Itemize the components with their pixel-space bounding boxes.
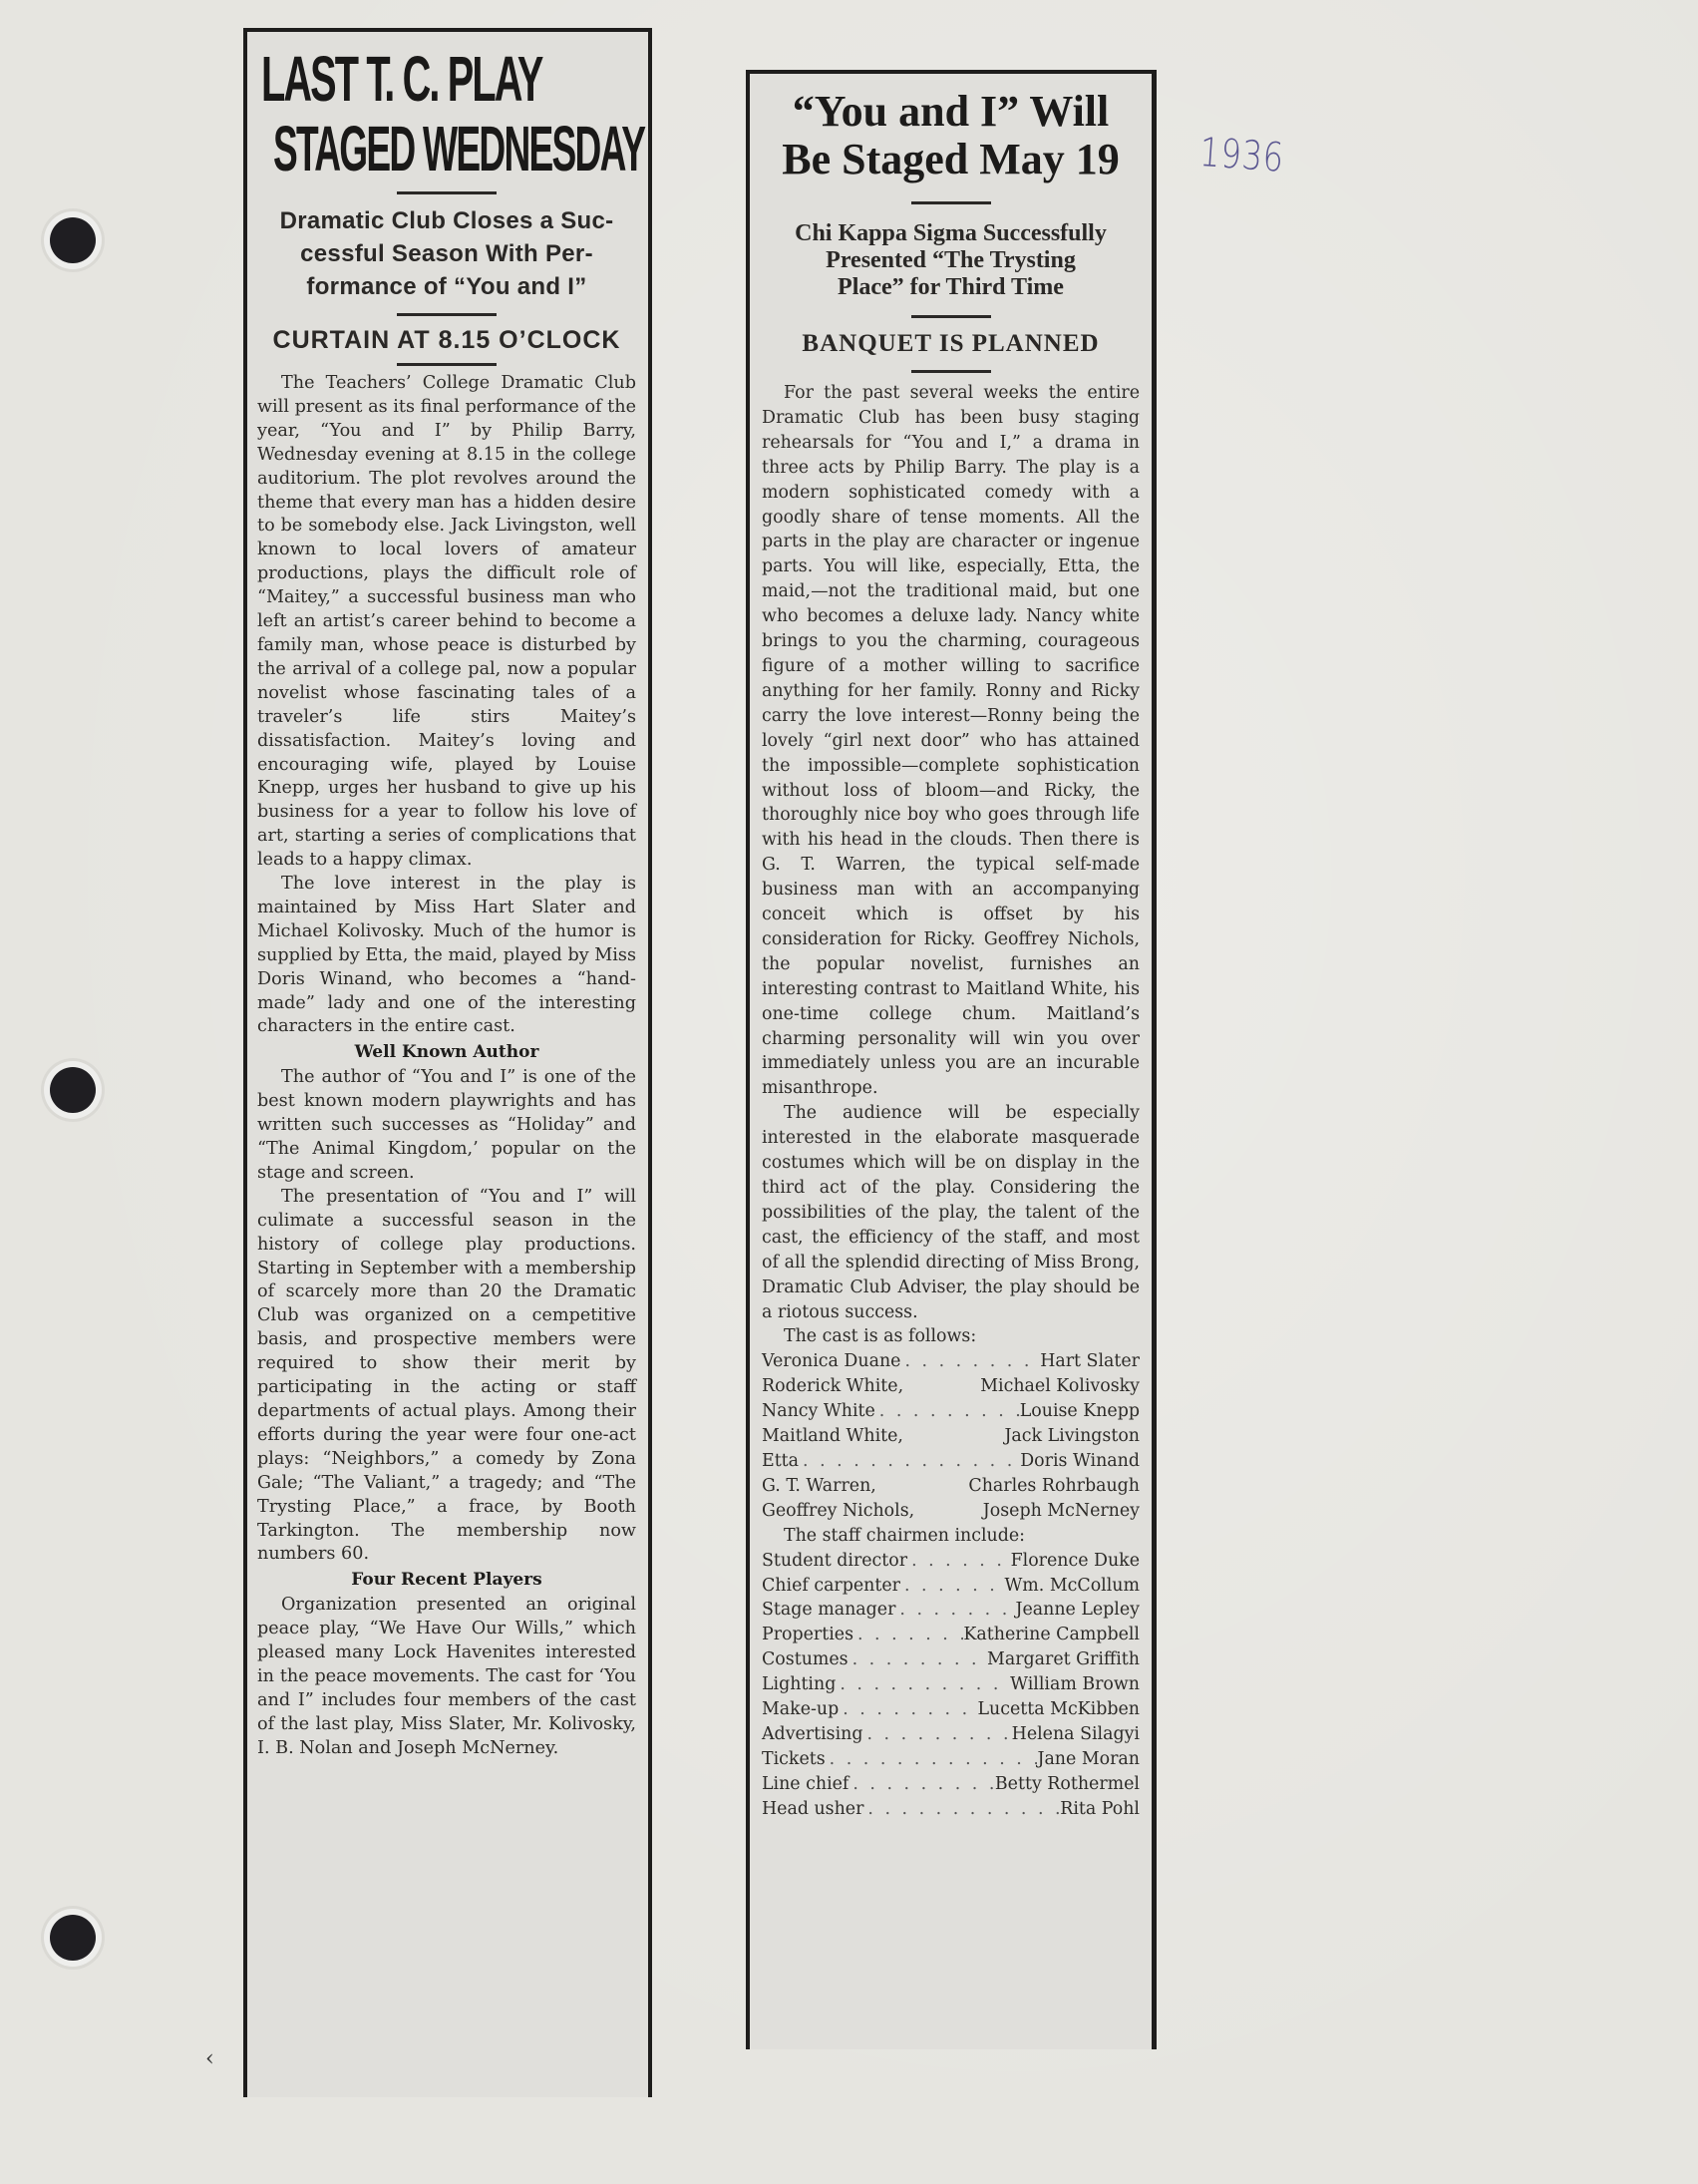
deck-line: Dramatic Club Closes a Suc-	[257, 204, 636, 237]
binder-hole-top	[50, 217, 96, 263]
leader-dots: . . . . . . . . . . . . . . . . . . . . …	[849, 1772, 995, 1797]
headline-line-1: LAST T. C. PLAY	[261, 46, 494, 112]
paragraph: For the past several weeks the entire Dr…	[762, 381, 1140, 1101]
cast-row: Nancy White. . . . . . . . . . . . . . .…	[762, 1399, 1140, 1424]
role-label: Stage manager	[762, 1598, 895, 1623]
leader-dots	[876, 1474, 969, 1499]
leader-dots: . . . . . . . . . . . . . . . . . . . . …	[853, 1623, 963, 1647]
paragraph: Organization presented an original peace…	[257, 1594, 636, 1760]
staff-row: Tickets. . . . . . . . . . . . . . . . .…	[762, 1747, 1140, 1772]
person-name: Louise Knepp	[1020, 1399, 1140, 1424]
role-label: Roderick White,	[762, 1374, 903, 1399]
leader-dots: . . . . . . . . . . . . . . . . . . . . …	[875, 1399, 1020, 1424]
cast-list: The cast is as follows: Veronica Duane. …	[762, 1324, 1140, 1821]
staff-row: Head usher. . . . . . . . . . . . . . . …	[762, 1797, 1140, 1822]
person-name: Michael Kolivosky	[980, 1374, 1140, 1399]
person-name: Hart Slater	[1040, 1349, 1140, 1374]
clipping-you-and-i: “You and I” Will Be Staged May 19 Chi Ka…	[746, 70, 1157, 2049]
role-label: Veronica Duane	[762, 1349, 900, 1374]
staff-row: Advertising. . . . . . . . . . . . . . .…	[762, 1722, 1140, 1747]
leader-dots: . . . . . . . . . . . . . . . . . . . . …	[863, 1722, 1012, 1747]
divider-rule	[397, 191, 497, 194]
role-label: Properties	[762, 1623, 853, 1647]
role-label: Lighting	[762, 1672, 836, 1697]
article-body: The Teachers’ College Dramatic Club will…	[257, 372, 636, 1761]
paragraph: The love interest in the play is maintai…	[257, 873, 636, 1039]
leader-dots: . . . . . . . . . . . . . . . . . . . . …	[836, 1672, 1010, 1697]
person-name: Doris Winand	[1020, 1449, 1140, 1474]
staff-row: Chief carpenter. . . . . . . . . . . . .…	[762, 1574, 1140, 1599]
leader-dots: . . . . . . . . . . . . . . . . . . . . …	[895, 1598, 1015, 1623]
binder-hole-middle	[50, 1067, 96, 1113]
person-name: Jeanne Lepley	[1015, 1598, 1140, 1623]
person-name: Wm. McCollum	[1004, 1574, 1140, 1599]
person-name: Katherine Campbell	[963, 1623, 1140, 1647]
subheadline: BANQUET IS PLANNED	[762, 330, 1140, 358]
leader-dots: . . . . . . . . . . . . . . . . . . . . …	[799, 1449, 1020, 1474]
staff-row: Line chief. . . . . . . . . . . . . . . …	[762, 1772, 1140, 1797]
margin-mark: ‹	[205, 2046, 214, 2071]
role-label: Line chief	[762, 1772, 849, 1797]
deck: Chi Kappa Sigma Successfully Presented “…	[762, 220, 1140, 301]
staff-row: Make-up. . . . . . . . . . . . . . . . .…	[762, 1697, 1140, 1722]
leader-dots: . . . . . . . . . . . . . . . . . . . . …	[839, 1697, 977, 1722]
clipping-last-tc-play: LAST T. C. PLAY STAGED WEDNESDAY Dramati…	[243, 28, 652, 2097]
divider-rule	[911, 370, 991, 373]
staff-row: Properties. . . . . . . . . . . . . . . …	[762, 1623, 1140, 1647]
cast-row: Etta. . . . . . . . . . . . . . . . . . …	[762, 1449, 1140, 1474]
headline-line-1: “You and I” Will	[762, 88, 1140, 136]
article-body: For the past several weeks the entire Dr…	[762, 381, 1140, 1324]
cast-row: Veronica Duane. . . . . . . . . . . . . …	[762, 1349, 1140, 1374]
headline-line-2: STAGED WEDNESDAY	[273, 116, 484, 182]
paragraph: The author of “You and I” is one of the …	[257, 1066, 636, 1186]
cast-row: Roderick White,Michael Kolivosky	[762, 1374, 1140, 1399]
leader-dots	[903, 1424, 1004, 1449]
person-name: William Brown	[1010, 1672, 1140, 1697]
deck-line: Chi Kappa Sigma Successfully	[762, 220, 1140, 247]
leader-dots: . . . . . . . . . . . . . . . . . . . . …	[900, 1349, 1040, 1374]
leader-dots	[914, 1499, 983, 1524]
person-name: Joseph McNerney	[983, 1499, 1140, 1524]
handwritten-year-note: 1936	[1198, 130, 1286, 182]
role-label: Chief carpenter	[762, 1574, 900, 1599]
staff-row: Lighting. . . . . . . . . . . . . . . . …	[762, 1672, 1140, 1697]
role-label: Costumes	[762, 1647, 849, 1672]
role-label: Tickets	[762, 1747, 826, 1772]
person-name: Margaret Griffith	[987, 1647, 1140, 1672]
role-label: G. T. Warren,	[762, 1474, 876, 1499]
paragraph: The presentation of “You and I” will cul…	[257, 1186, 636, 1568]
leader-dots: . . . . . . . . . . . . . . . . . . . . …	[907, 1549, 1011, 1574]
staff-row: Stage manager. . . . . . . . . . . . . .…	[762, 1598, 1140, 1623]
deck: Dramatic Club Closes a Suc- cessful Seas…	[257, 204, 636, 303]
staff-intro: The staff chairmen include:	[762, 1524, 1140, 1549]
headline-line-2: Be Staged May 19	[762, 136, 1140, 183]
section-heading: Well Known Author	[257, 1041, 636, 1065]
cast-intro: The cast is as follows:	[762, 1324, 1140, 1349]
divider-rule	[911, 315, 991, 318]
binder-hole-bottom	[50, 1915, 96, 1961]
person-name: Florence Duke	[1011, 1549, 1140, 1574]
role-label: Head usher	[762, 1797, 863, 1822]
leader-dots: . . . . . . . . . . . . . . . . . . . . …	[849, 1647, 987, 1672]
leader-dots: . . . . . . . . . . . . . . . . . . . . …	[863, 1797, 1060, 1822]
cast-rows: Veronica Duane. . . . . . . . . . . . . …	[762, 1349, 1140, 1523]
person-name: Helena Silagyi	[1012, 1722, 1140, 1747]
subheadline: CURTAIN AT 8.15 O’CLOCK	[257, 326, 636, 355]
divider-rule	[911, 201, 991, 204]
cast-row: Geoffrey Nichols,Joseph McNerney	[762, 1499, 1140, 1524]
deck-line: Place” for Third Time	[762, 274, 1140, 301]
role-label: Student director	[762, 1549, 907, 1574]
staff-rows: Student director. . . . . . . . . . . . …	[762, 1549, 1140, 1822]
cast-row: G. T. Warren,Charles Rohrbaugh	[762, 1474, 1140, 1499]
deck-line: cessful Season With Per-	[257, 237, 636, 270]
paragraph: The audience will be especially interest…	[762, 1101, 1140, 1324]
person-name: Rita Pohl	[1060, 1797, 1140, 1822]
role-label: Maitland White,	[762, 1424, 903, 1449]
person-name: Betty Rothermel	[995, 1772, 1140, 1797]
person-name: Charles Rohrbaugh	[968, 1474, 1140, 1499]
staff-row: Student director. . . . . . . . . . . . …	[762, 1549, 1140, 1574]
deck-line: formance of “You and I”	[257, 270, 636, 303]
divider-rule	[397, 313, 497, 316]
role-label: Geoffrey Nichols,	[762, 1499, 914, 1524]
role-label: Nancy White	[762, 1399, 875, 1424]
person-name: Lucetta McKibben	[977, 1697, 1140, 1722]
leader-dots	[903, 1374, 980, 1399]
staff-row: Costumes. . . . . . . . . . . . . . . . …	[762, 1647, 1140, 1672]
person-name: Jane Moran	[1037, 1747, 1140, 1772]
deck-line: Presented “The Trysting	[762, 247, 1140, 274]
section-heading: Four Recent Players	[257, 1569, 636, 1593]
role-label: Make-up	[762, 1697, 839, 1722]
person-name: Jack Livingston	[1004, 1424, 1140, 1449]
role-label: Etta	[762, 1449, 799, 1474]
role-label: Advertising	[762, 1722, 863, 1747]
cast-row: Maitland White,Jack Livingston	[762, 1424, 1140, 1449]
divider-rule	[397, 363, 497, 366]
leader-dots: . . . . . . . . . . . . . . . . . . . . …	[900, 1574, 1004, 1599]
paragraph: The Teachers’ College Dramatic Club will…	[257, 372, 636, 873]
leader-dots: . . . . . . . . . . . . . . . . . . . . …	[826, 1747, 1038, 1772]
